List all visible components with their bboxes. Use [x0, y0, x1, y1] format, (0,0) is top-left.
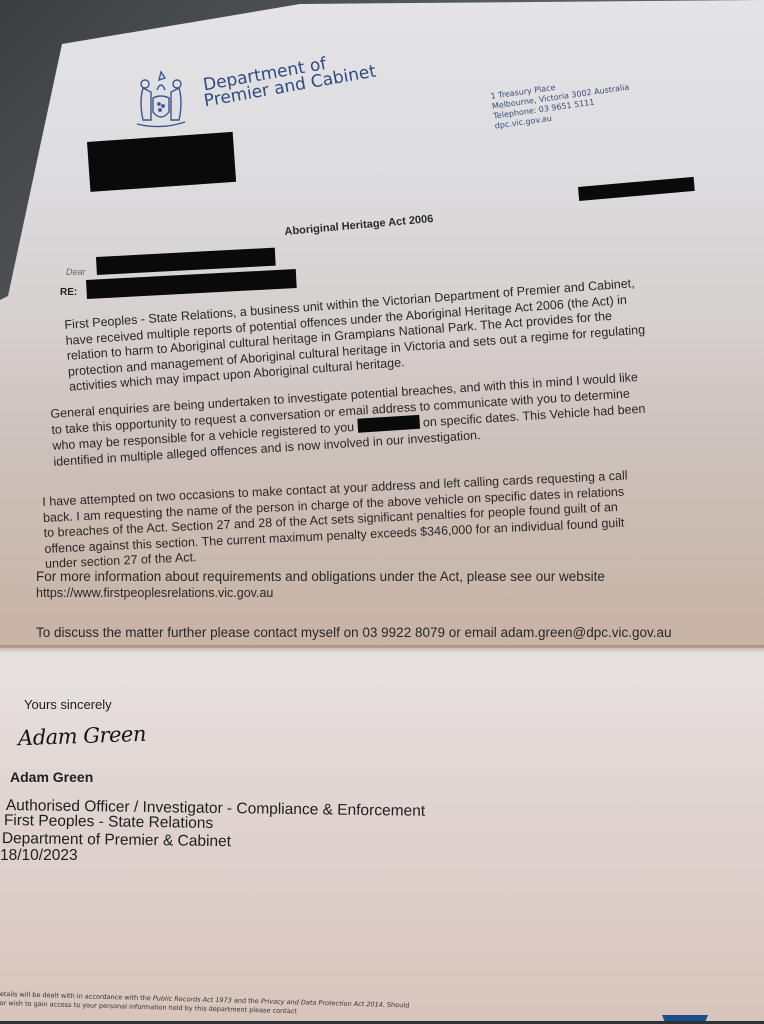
salutation-dear: Dear	[66, 267, 86, 277]
signer-name: Adam Green	[10, 769, 93, 785]
letter-date: 18/10/2023	[0, 847, 78, 865]
footer-text: and the	[232, 996, 261, 1005]
handwritten-signature: Adam Green	[18, 722, 147, 750]
paper-fold-line	[0, 645, 764, 653]
victoria-coat-of-arms-icon	[133, 68, 189, 130]
footer-text: . Should	[383, 1001, 410, 1010]
website-link[interactable]: https://www.firstpeoplesrelations.vic.go…	[36, 585, 605, 602]
contact-text: To discuss the matter further please con…	[36, 625, 501, 640]
closing-salutation: Yours sincerely	[24, 697, 112, 712]
email-link[interactable]: adam.green@dpc.vic.gov.au	[501, 625, 672, 640]
paragraph-4-line: For more information about requirements …	[36, 568, 605, 585]
reference-label: RE:	[60, 287, 77, 298]
redacted-vehicle-registration	[357, 415, 420, 433]
body-paragraph-5: To discuss the matter further please con…	[36, 625, 672, 641]
body-paragraph-4: For more information about requirements …	[36, 568, 605, 602]
redacted-recipient-address	[87, 132, 236, 192]
